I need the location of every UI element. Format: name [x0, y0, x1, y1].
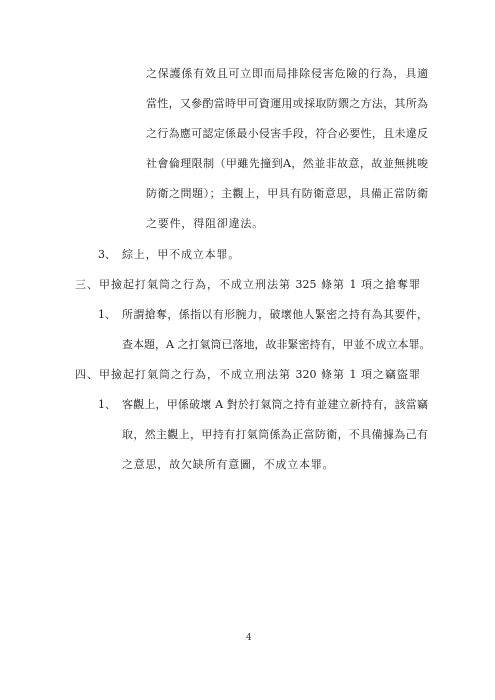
item-text: 所謂搶奪，係指以有形腕力，破壞他人緊密之持有為其要件， [122, 308, 428, 322]
item-text: 之意思，故欠缺所有意圖，不成立本罪。 [122, 458, 334, 472]
item-marker: 3、 [98, 248, 116, 262]
item-marker: 1、 [98, 398, 116, 412]
section-heading: 三、甲撿起打氣筒之行為，不成立刑法第 325 條第 1 項之搶奪罪 [75, 278, 420, 292]
paragraph-line: 之要件，得阻卻違法。 [146, 217, 264, 231]
item-text: 客觀上，甲係破壞 A 對於打氣筒之持有並建立新持有，該當竊 [122, 398, 428, 412]
item-marker: 1、 [98, 308, 116, 322]
paragraph-line: 社會倫理限制（甲雖先撞到A，然並非故意，故並無挑唆 [146, 157, 428, 171]
section-heading: 四、甲撿起打氣筒之行為，不成立刑法第 320 條第 1 項之竊盜罪 [75, 368, 420, 382]
page-number: 4 [246, 633, 252, 643]
paragraph-line: 當性，又參酌當時甲可資運用或採取防禦之方法，其所為 [146, 97, 428, 111]
item-text: 取，然主觀上，甲持有打氣筒係為正當防衛，不具備據為己有 [122, 428, 428, 442]
item-text: 查本題，A 之打氣筒已落地，故非緊密持有，甲並不成立本罪。 [122, 338, 428, 352]
item-text: 綜上，甲不成立本罪。 [122, 248, 240, 262]
paragraph-line: 之行為應可認定係最小侵害手段，符合必要性，且未違反 [146, 127, 428, 141]
paragraph-line: 防衛之問題）；主觀上，甲具有防衛意思，具備正當防衛 [146, 187, 428, 201]
paragraph-line: 之保護係有效且可立即而局排除侵害危險的行為，具適 [146, 67, 428, 81]
